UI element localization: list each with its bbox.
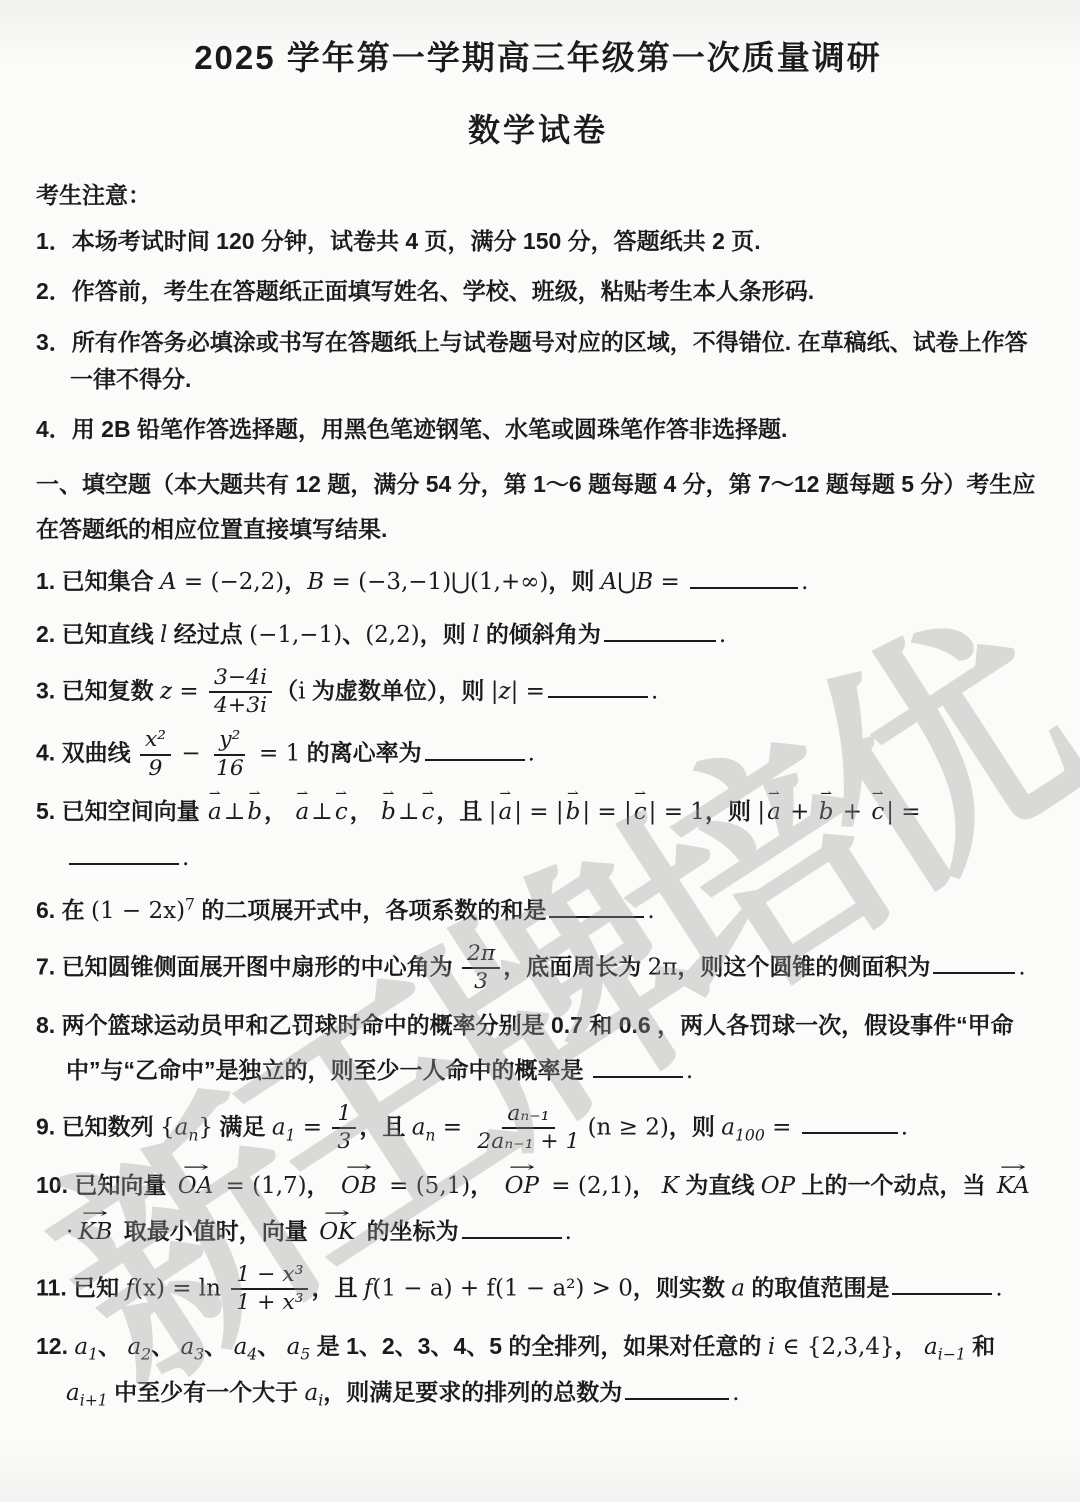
math-text: (1 − 2x) bbox=[91, 898, 185, 924]
math-text: = (2,1) bbox=[544, 1173, 632, 1199]
chinese-text: 7. 已知圆锥侧面展开图中扇形的中心角为 bbox=[36, 953, 459, 979]
subscript: 5 bbox=[300, 1345, 310, 1364]
question: 3. 已知复数 z = 3−4i4+3i（i 为虚数单位），则 |z| =. bbox=[36, 665, 1040, 720]
answer-blank bbox=[69, 839, 179, 865]
subscript: 4 bbox=[247, 1345, 257, 1364]
subscript: n bbox=[425, 1125, 435, 1144]
math-text: (2,2) bbox=[365, 622, 420, 648]
fraction-numerator: 3−4i bbox=[209, 665, 272, 694]
fraction-denominator: 3 bbox=[469, 969, 493, 996]
fraction: aₙ₋₁2aₙ₋₁ + 1 bbox=[472, 1101, 584, 1156]
chinese-text: ，且 bbox=[311, 1274, 363, 1300]
math-variable: a bbox=[181, 1334, 195, 1360]
question: 1. 已知集合 A = (−2,2)，B = (−3,−1)⋃(1,+∞)，则 … bbox=[36, 559, 1040, 605]
question: 5. 已知空间向量 a⊥b， a⊥c， b⊥c，且 |a| = |b| = |c… bbox=[36, 789, 1040, 881]
chinese-text: 、 bbox=[204, 1333, 233, 1359]
question-list: 1. 已知集合 A = (−2,2)，B = (−3,−1)⋃(1,+∞)，则 … bbox=[36, 559, 1040, 1416]
math-text: ⊥ bbox=[398, 799, 420, 825]
math-text: (x) = ln bbox=[134, 1275, 228, 1301]
chinese-text: 4. 双曲线 bbox=[36, 740, 137, 766]
paper-subtitle: 数学试卷 bbox=[36, 105, 1040, 151]
math-variable: a bbox=[721, 1114, 735, 1140]
math-variable: a bbox=[412, 1114, 426, 1140]
question: 11. 已知 f(x) = ln 1 − x³1 + x³，且 f(1 − a)… bbox=[36, 1262, 1040, 1317]
vector-arrow: a bbox=[208, 790, 222, 835]
chinese-text: 是 1、2、3、4、5 的全排列，如果对任意的 bbox=[310, 1333, 768, 1359]
vector-arrow: OA bbox=[176, 1164, 215, 1209]
math-text: | = | bbox=[514, 799, 563, 825]
question: 7. 已知圆锥侧面展开图中扇形的中心角为 2π3，底面周长为 2π，则这个圆锥的… bbox=[36, 941, 1040, 996]
vector-arrow: KB bbox=[76, 1210, 114, 1255]
math-text: (−1,−1) bbox=[249, 622, 342, 648]
math-variable: a bbox=[287, 1334, 301, 1360]
math-variable: OP bbox=[761, 1173, 795, 1199]
chinese-text: 的坐标为 bbox=[360, 1218, 458, 1244]
math-text: = 1 bbox=[252, 741, 301, 767]
math-text: = bbox=[436, 1114, 470, 1140]
math-text: + bbox=[835, 799, 869, 825]
question: 6. 在 (1 − 2x)7 的二项展开式中，各项系数的和是. bbox=[36, 888, 1040, 934]
chinese-text: 满足 bbox=[213, 1113, 272, 1139]
math-text: = (−3,−1)⋃(1,+∞) bbox=[324, 569, 548, 595]
math-variable: z bbox=[160, 678, 172, 704]
math-text: | = 1 bbox=[649, 799, 705, 825]
subscript: 2 bbox=[141, 1345, 151, 1364]
math-text: . bbox=[719, 622, 726, 648]
chinese-text: 9. 已知数列 bbox=[36, 1113, 160, 1139]
chinese-text: 、 bbox=[342, 621, 365, 647]
chinese-text: 上的一个动点，当 bbox=[795, 1172, 992, 1198]
fraction: 1 − x³1 + x³ bbox=[231, 1262, 308, 1317]
fraction-denominator: 1 + x³ bbox=[231, 1290, 308, 1317]
math-text: . bbox=[686, 1058, 693, 1084]
chinese-text: 2. 已知直线 bbox=[36, 621, 160, 647]
chinese-text: ， bbox=[307, 1172, 336, 1198]
vector-arrow: c bbox=[871, 790, 884, 835]
vector-arrow: b bbox=[247, 790, 262, 835]
math-variable: a bbox=[74, 1334, 88, 1360]
fraction: x²9 bbox=[140, 727, 171, 782]
math-text: . bbox=[651, 678, 658, 704]
chinese-text: 8. 两个篮球运动员甲和乙罚球时命中的概率分别是 0.7 和 0.6 ，两人各罚… bbox=[36, 1012, 1014, 1083]
chinese-text: 和 bbox=[966, 1333, 995, 1359]
notice-item: 4．用 2B 铅笔作答选择题，用黑色笔迹钢笔、水笔或圆珠笔作答非选择题. bbox=[36, 411, 1040, 448]
chinese-text: 6. 在 bbox=[36, 897, 91, 923]
math-text: . bbox=[647, 898, 654, 924]
notice-item: 2．作答前，考生在答题纸正面填写姓名、学校、班级，粘贴考生本人条形码. bbox=[36, 273, 1040, 310]
math-text: = (1,7) bbox=[218, 1173, 306, 1199]
vector-arrow: c bbox=[335, 790, 348, 835]
subscript: 3 bbox=[194, 1345, 204, 1364]
chinese-text: ， bbox=[895, 1333, 924, 1359]
answer-blank bbox=[549, 892, 644, 918]
chinese-text: 1. 已知集合 bbox=[36, 568, 160, 594]
fraction-denominator: 16 bbox=[211, 756, 249, 783]
fraction-numerator: 1 bbox=[332, 1101, 356, 1130]
answer-blank bbox=[690, 563, 798, 589]
subscript: 1 bbox=[286, 1125, 296, 1144]
chinese-text: ， bbox=[470, 1172, 499, 1198]
math-text: | bbox=[757, 799, 765, 825]
math-variable: K bbox=[662, 1173, 679, 1199]
math-text: + bbox=[783, 799, 817, 825]
math-variable: a bbox=[234, 1334, 248, 1360]
math-text: { bbox=[160, 1114, 175, 1140]
vector-arrow: a bbox=[295, 790, 309, 835]
section-heading: 一、填空题（本大题共有 12 题，满分 54 分，第 1～6 题每题 4 分，第… bbox=[36, 462, 1040, 552]
chinese-text: ，则 bbox=[705, 798, 757, 824]
math-variable: a bbox=[175, 1114, 189, 1140]
fraction-denominator: 2aₙ₋₁ + 1 bbox=[472, 1129, 584, 1156]
math-variable: a bbox=[127, 1334, 141, 1360]
math-text: . bbox=[732, 1380, 739, 1406]
math-text: = bbox=[765, 1114, 799, 1140]
chinese-text: 的倾斜角为 bbox=[479, 621, 600, 647]
answer-blank bbox=[802, 1108, 898, 1134]
chinese-text: 经过点 bbox=[167, 621, 249, 647]
vector-arrow: b bbox=[819, 790, 834, 835]
fraction-numerator: x² bbox=[140, 727, 171, 756]
math-text: | = bbox=[511, 678, 545, 704]
math-text: | = bbox=[886, 799, 920, 825]
math-variable: z bbox=[498, 678, 510, 704]
answer-blank bbox=[933, 948, 1015, 974]
chinese-text: ， bbox=[284, 568, 307, 594]
fraction: 13 bbox=[332, 1101, 356, 1156]
chinese-text: ， bbox=[632, 1172, 661, 1198]
math-text: . bbox=[801, 569, 808, 595]
fraction: y²16 bbox=[211, 727, 249, 782]
question: 4. 双曲线 x²9 − y²16 = 1 的离心率为. bbox=[36, 727, 1040, 782]
math-variable: A bbox=[601, 569, 618, 595]
math-variable: a bbox=[731, 1275, 745, 1301]
math-text: . bbox=[565, 1219, 572, 1245]
chinese-text: ，则 bbox=[669, 1113, 721, 1139]
math-text: } bbox=[198, 1114, 213, 1140]
math-variable: B bbox=[307, 569, 324, 595]
chinese-text: 为直线 bbox=[679, 1172, 761, 1198]
answer-blank bbox=[604, 616, 716, 642]
math-variable: a bbox=[66, 1380, 80, 1406]
fraction-denominator: 3 bbox=[332, 1129, 356, 1156]
notice-item: 3．所有作答务必填涂或书写在答题纸上与试卷题号对应的区域，不得错位. 在草稿纸、… bbox=[36, 324, 1040, 399]
question: 2. 已知直线 l 经过点 (−1,−1)、(2,2)，则 l 的倾斜角为. bbox=[36, 612, 1040, 658]
subscript: i+1 bbox=[80, 1391, 108, 1410]
chinese-text: ，则这个圆锥的侧面积为 bbox=[677, 953, 930, 979]
chinese-text: ，且 bbox=[359, 1113, 411, 1139]
notice-heading: 考生注意： bbox=[36, 177, 1040, 210]
math-text: . bbox=[1018, 954, 1025, 980]
chinese-text: 为虚数单位），则 bbox=[305, 677, 490, 703]
answer-blank bbox=[548, 672, 648, 698]
math-text: = (5,1) bbox=[382, 1173, 470, 1199]
math-variable: A bbox=[160, 569, 177, 595]
question: 10. 已知向量 OA = (1,7)， OB = (5,1)， OP = (2… bbox=[36, 1163, 1040, 1255]
fraction-numerator: y² bbox=[214, 727, 245, 756]
vector-arrow: a bbox=[767, 790, 781, 835]
fraction-numerator: aₙ₋₁ bbox=[502, 1101, 554, 1130]
answer-blank bbox=[462, 1213, 562, 1239]
math-text: . bbox=[995, 1275, 1002, 1301]
chinese-text: ，底面周长为 bbox=[503, 953, 647, 979]
math-text: 2π bbox=[648, 954, 678, 980]
subscript: 100 bbox=[735, 1125, 765, 1144]
chinese-text: ，则满足要求的排列的总数为 bbox=[323, 1379, 622, 1405]
page-title: 2025 学年第一学期高三年级第一次质量调研 bbox=[36, 32, 1040, 79]
vector-arrow: KA bbox=[995, 1164, 1032, 1209]
fraction: 3−4i4+3i bbox=[209, 665, 272, 720]
question: 8. 两个篮球运动员甲和乙罚球时命中的概率分别是 0.7 和 0.6 ，两人各罚… bbox=[36, 1003, 1040, 1094]
answer-blank bbox=[625, 1374, 729, 1400]
chinese-text: ，则 bbox=[548, 568, 600, 594]
chinese-text: ， bbox=[350, 798, 379, 824]
chinese-text: 5. 已知空间向量 bbox=[36, 798, 206, 824]
fraction-numerator: 2π bbox=[462, 941, 500, 970]
math-text: | bbox=[489, 799, 497, 825]
math-variable: a bbox=[272, 1114, 286, 1140]
chinese-text: ，则实数 bbox=[633, 1274, 731, 1300]
math-text: = bbox=[172, 678, 206, 704]
answer-blank bbox=[593, 1052, 683, 1078]
notice-item: 1．本场考试时间 120 分钟，试卷共 4 页，满分 150 分，答题纸共 2 … bbox=[36, 223, 1040, 260]
math-text: ⋃ bbox=[617, 569, 636, 595]
math-text: ⊥ bbox=[224, 799, 246, 825]
vector-arrow: OP bbox=[503, 1164, 541, 1209]
chinese-text: 的离心率为 bbox=[300, 740, 421, 766]
math-variable: f bbox=[125, 1275, 134, 1301]
chinese-text: 3. 已知复数 bbox=[36, 677, 160, 703]
chinese-text: ， bbox=[264, 798, 293, 824]
math-text: ⊥ bbox=[311, 799, 333, 825]
chinese-text: 中至少有一个大于 bbox=[108, 1379, 305, 1405]
math-text: . bbox=[901, 1114, 908, 1140]
chinese-text: 、 bbox=[98, 1333, 127, 1359]
math-text: (1 − a) + f(1 − a²) > 0 bbox=[372, 1275, 633, 1301]
math-text: . bbox=[182, 845, 189, 871]
math-text: (n ≥ 2) bbox=[588, 1114, 669, 1140]
vector-arrow: OK bbox=[317, 1210, 357, 1255]
vector-arrow: b bbox=[381, 790, 396, 835]
chinese-text: 10. 已知向量 bbox=[36, 1172, 173, 1198]
subscript: i−1 bbox=[938, 1345, 966, 1364]
fraction-denominator: 9 bbox=[144, 756, 168, 783]
vector-arrow: c bbox=[421, 790, 434, 835]
question: 12. a1、 a2、 a3、 a4、 a5 是 1、2、3、4、5 的全排列，… bbox=[36, 1324, 1040, 1416]
math-text: · bbox=[66, 1219, 73, 1245]
math-text: | = | bbox=[582, 799, 631, 825]
math-text: − bbox=[174, 741, 208, 767]
subscript: 1 bbox=[88, 1345, 98, 1364]
chinese-text: 12. bbox=[36, 1333, 74, 1359]
chinese-text: （ bbox=[275, 677, 298, 703]
fraction-numerator: 1 − x³ bbox=[231, 1262, 308, 1291]
chinese-text: 、 bbox=[151, 1333, 180, 1359]
answer-blank bbox=[425, 734, 525, 760]
vector-arrow: c bbox=[634, 790, 647, 835]
chinese-text: ，且 bbox=[436, 798, 488, 824]
vector-arrow: b bbox=[566, 790, 581, 835]
math-text: = bbox=[653, 569, 687, 595]
chinese-text: 取最小值时，向量 bbox=[117, 1218, 314, 1244]
math-text: = (−2,2) bbox=[177, 569, 285, 595]
math-variable: a bbox=[924, 1334, 938, 1360]
chinese-text: 的取值范围是 bbox=[745, 1274, 889, 1300]
math-variable: B bbox=[636, 569, 653, 595]
chinese-text: 、 bbox=[257, 1333, 286, 1359]
math-variable: a bbox=[305, 1380, 319, 1406]
vector-arrow: a bbox=[499, 790, 513, 835]
subscript: n bbox=[188, 1125, 198, 1144]
chinese-text: ，则 bbox=[420, 621, 472, 647]
answer-blank bbox=[892, 1269, 992, 1295]
superscript: 7 bbox=[185, 894, 195, 913]
math-text: ∈ {2,3,4} bbox=[775, 1334, 894, 1360]
question: 9. 已知数列 {an} 满足 a1 = 13，且 an = aₙ₋₁2aₙ₋₁… bbox=[36, 1101, 1040, 1156]
chinese-text: 的二项展开式中，各项系数的和是 bbox=[195, 897, 546, 923]
math-text: . bbox=[528, 741, 535, 767]
fraction: 2π3 bbox=[462, 941, 500, 996]
fraction-denominator: 4+3i bbox=[209, 693, 272, 720]
chinese-text: 11. 已知 bbox=[36, 1274, 125, 1300]
exam-paper-page: 新王牌培优 2025 学年第一学期高三年级第一次质量调研 数学试卷 考生注意： … bbox=[0, 0, 1080, 1502]
math-text: = bbox=[296, 1114, 330, 1140]
